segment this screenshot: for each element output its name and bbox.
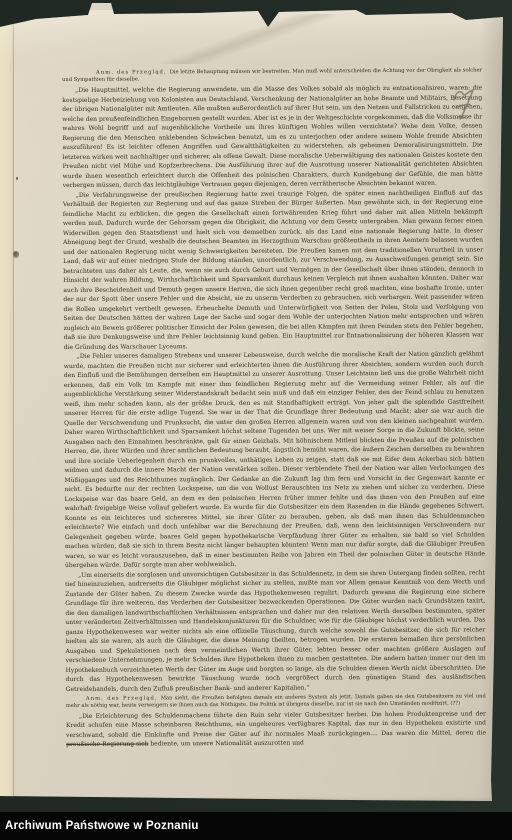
- body-paragraph-2: „Die Verfahrungsweise der preußischen Re…: [63, 188, 484, 352]
- bottom-edge-shadow: [0, 796, 512, 806]
- archive-watermark-bar: Archiwum Państwowe w Poznaniu: [0, 812, 512, 840]
- editor-note-mid-prefix: Anm. des Przegląd.: [86, 695, 158, 701]
- archive-watermark-label: Archiwum Państwowe w Poznaniu: [0, 820, 199, 832]
- printed-text-block: Anm. des Przegląd.Die letzte Behauptung …: [62, 67, 486, 749]
- paper-crease: [150, 14, 350, 64]
- struck-text: preußische Regierung sich: [66, 741, 148, 749]
- body-paragraph-1: „Die Hauptmittel, welche die Regierung a…: [62, 84, 483, 191]
- final-paragraph-before: „Die Erleichterung des Schuldenmachens f…: [66, 710, 486, 739]
- paper-hole: [13, 251, 19, 258]
- body-paragraph-3: „Die Fehler unseres damaligen Strebens u…: [64, 350, 485, 571]
- final-paragraph-after: bediente, um unsere Nationalität auszuro…: [148, 740, 304, 748]
- editor-note-top: Anm. des Przegląd.Die letzte Behauptung …: [62, 67, 482, 84]
- scanned-archive-page: Anm. des Przegląd.Die letzte Behauptung …: [0, 0, 512, 840]
- final-paragraph: „Die Erleichterung des Schuldenmachens f…: [66, 709, 486, 750]
- paper-sheet: Anm. des Przegląd.Die letzte Behauptung …: [0, 0, 512, 840]
- editor-note-top-prefix: Anm. des Przegląd.: [96, 69, 167, 75]
- handwritten-page-number: 7: [450, 83, 480, 123]
- binding-fold-strip: [0, 0, 14, 840]
- body-paragraph-4: „Um einerseits die sorglosen und unvorsi…: [65, 568, 486, 694]
- editor-note-mid: Anm. des Przegląd.Man sieht, die Preußen…: [66, 693, 486, 710]
- paper-speck: [16, 177, 18, 180]
